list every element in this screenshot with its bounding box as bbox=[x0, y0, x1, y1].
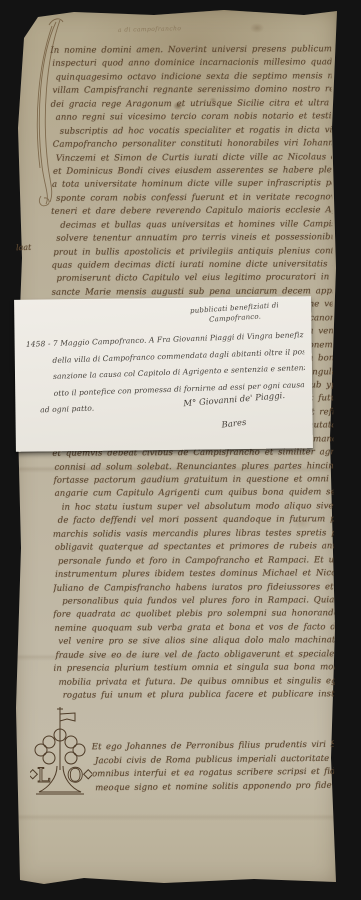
manuscript-line: de facto deffendi vel mori possent quand… bbox=[53, 514, 334, 529]
manuscript-line: instrumentum plures ibidem testes dominu… bbox=[53, 567, 334, 582]
margin-note: laat bbox=[16, 243, 32, 253]
manuscript-line: angarie cum Capitulo Agrigenti cum quibu… bbox=[53, 487, 334, 502]
manuscript-line: Vinczemi et Simon de Curtis iurati dicte… bbox=[51, 151, 332, 166]
closing-line: meoque signo et nomine solitis apponendo… bbox=[92, 779, 334, 795]
manuscript-line: obligavit quaterque ad spectantes et pri… bbox=[53, 540, 334, 555]
card-summary: 1458 - 7 Maggio Campofranco. A Fra Giova… bbox=[26, 327, 307, 419]
card-header-note: pubblicati benefiziati diCampofranco. bbox=[190, 300, 280, 326]
notary-letter-left: L bbox=[37, 763, 50, 787]
manuscript-line: rogatus fui unum et plura publica facere… bbox=[54, 688, 335, 703]
notary-sign-icon: L O bbox=[30, 706, 92, 798]
manuscript-line: in presencia plurium testium omnia et si… bbox=[54, 661, 335, 676]
manuscript-line: vel venire pro se sive alios sine aliqua… bbox=[53, 635, 334, 650]
archival-card: pubblicati benefiziati diCampofranco. 14… bbox=[14, 296, 313, 452]
notary-letter-right: O bbox=[67, 763, 83, 787]
manuscript-line: villam Campisfranchi regnante serenissim… bbox=[50, 84, 331, 99]
manuscript-line: a tota universitate hominum dicte ville … bbox=[51, 178, 332, 193]
notary-closing-block: Et ego Johannes de Perronibus filius pru… bbox=[92, 739, 335, 796]
manuscript-line: inspecturi quod anno dominice incarnacio… bbox=[50, 57, 331, 72]
manuscript-line: fore quadrata ac quolibet plebis pro sol… bbox=[53, 608, 334, 623]
photo-stage: a di campofrancho laat In nomine domini … bbox=[0, 0, 361, 900]
manuscript-line: Juliano de Campisfrancho habens iuratos … bbox=[53, 581, 334, 596]
manuscript-line: Campofrancho personaliter constituti hon… bbox=[51, 137, 332, 152]
manuscript-line: teneri et dare debere reverendo Capitulo… bbox=[51, 205, 332, 220]
card-countersign: Bares bbox=[221, 418, 247, 431]
manuscript-line: solvere tenentur annuatim pro terris vin… bbox=[51, 231, 332, 246]
manuscript-line: anno regni sui vicesimo tercio coram nob… bbox=[51, 110, 332, 125]
manuscript-line: promiserunt dicto Capitulo vel eius legi… bbox=[51, 272, 332, 287]
